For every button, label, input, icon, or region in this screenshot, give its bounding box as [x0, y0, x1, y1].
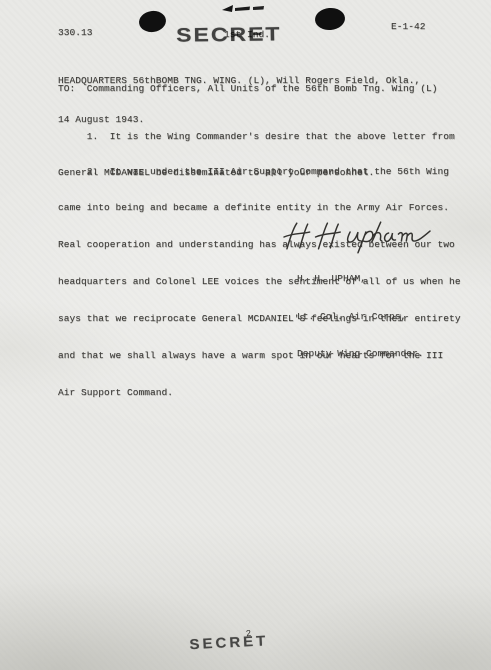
body-line: Air Support Command. [58, 387, 461, 399]
punch-hole-mark-left [138, 9, 168, 34]
signer-title: Deputy Wing Commander. [297, 348, 424, 361]
file-number: 330.13 [58, 27, 93, 39]
scanned-document-page: 330.13 1st Ind. E-1-42 SECRET HEADQUARTE… [0, 0, 491, 670]
signer-rank: Lt. Col. Air Corps, [297, 311, 424, 324]
secret-stamp-top: SECRET [176, 23, 282, 47]
to-line: TO: Commanding Officers, All Units of th… [58, 83, 438, 95]
body-line: 2. It was under the III Air Support Comm… [58, 166, 461, 178]
signature-block: H. H. UPHAM, Lt. Col. Air Corps, Deputy … [297, 248, 424, 386]
secret-stamp-bottom: SECRET [189, 633, 269, 653]
punch-hole-mark-right [314, 7, 346, 32]
signer-name: H. H. UPHAM, [297, 273, 424, 286]
date-code: E-1-42 [391, 21, 426, 33]
ink-smudge-mark [220, 2, 266, 14]
body-line: came into being and became a definite en… [58, 202, 461, 214]
